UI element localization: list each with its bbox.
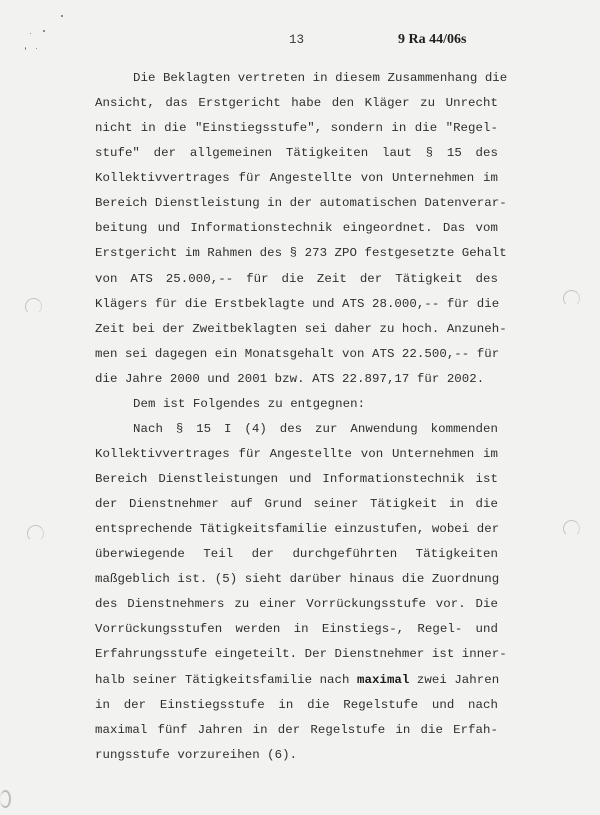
document-body: Die Beklagten vertreten in diesem Zusamm… xyxy=(95,66,498,768)
text-segment: halb seiner Tätigkeitsfamilie nach xyxy=(95,673,357,687)
scan-speck xyxy=(43,30,45,32)
text-line: entsprechende Tätigkeitsfamilie einzustu… xyxy=(95,517,498,542)
text-line: die Jahre 2000 und 2001 bzw. ATS 22.897,… xyxy=(95,367,498,392)
page-number: 13 xyxy=(289,33,304,47)
punch-hole-mark xyxy=(563,520,580,537)
text-line: maximal fünf Jahren in der Regelstufe in… xyxy=(95,718,498,743)
punch-hole-mark xyxy=(563,290,580,307)
scan-speck xyxy=(25,47,26,50)
text-line: Ansicht, das Erstgericht habe den Kläger… xyxy=(95,91,498,116)
text-line: von ATS 25.000,-- für die Zeit der Tätig… xyxy=(95,267,498,292)
scan-speck xyxy=(61,15,63,17)
text-line: Vorrückungsstufen werden in Einstiegs-, … xyxy=(95,617,498,642)
text-line: des Dienstnehmers zu einer Vorrückungsst… xyxy=(95,592,498,617)
text-line: Kollektivvertrages für Angestellte von U… xyxy=(95,166,498,191)
scan-speck xyxy=(30,33,31,34)
text-line: Die Beklagten vertreten in diesem Zusamm… xyxy=(95,66,498,91)
text-line: nicht in die "Einstiegsstufe", sondern i… xyxy=(95,116,498,141)
text-line: Zeit bei der Zweitbeklagten sei daher zu… xyxy=(95,317,498,342)
scan-speck xyxy=(36,48,37,49)
text-line: maßgeblich ist. (5) sieht darüber hinaus… xyxy=(95,567,498,592)
case-number: 9 Ra 44/06s xyxy=(398,32,466,48)
text-line: halb seiner Tätigkeitsfamilie nach maxim… xyxy=(95,668,498,693)
text-line: Dem ist Folgendes zu entgegnen: xyxy=(95,392,498,417)
text-segment: zwei Jahren xyxy=(409,673,499,687)
text-line: Klägers für die Erstbeklagte und ATS 28.… xyxy=(95,292,498,317)
text-line: Bereich Dienstleistungen und Information… xyxy=(95,467,498,492)
scanned-document-page: 13 9 Ra 44/06s Die Beklagten vertreten i… xyxy=(0,0,600,815)
staple-mark xyxy=(0,790,11,808)
punch-hole-mark xyxy=(25,298,42,315)
text-line: Kollektivvertrages für Angestellte von U… xyxy=(95,442,498,467)
text-line: überwiegende Teil der durchgeführten Tät… xyxy=(95,542,498,567)
text-line: men sei dagegen ein Monatsgehalt von ATS… xyxy=(95,342,498,367)
text-line: stufe" der allgemeinen Tätigkeiten laut … xyxy=(95,141,498,166)
punch-hole-mark xyxy=(27,525,44,542)
text-line: in der Einstiegsstufe in die Regelstufe … xyxy=(95,693,498,718)
text-line: Erstgericht im Rahmen des § 273 ZPO fest… xyxy=(95,241,498,266)
text-line: beitung und Informationstechnik eingeord… xyxy=(95,216,498,241)
emphasized-word: maximal xyxy=(357,673,409,687)
text-line: Nach § 15 I (4) des zur Anwendung kommen… xyxy=(95,417,498,442)
text-line: Erfahrungsstufe eingeteilt. Der Dienstne… xyxy=(95,642,498,667)
text-line: rungsstufe vorzureihen (6). xyxy=(95,743,498,768)
text-line: der Dienstnehmer auf Grund seiner Tätigk… xyxy=(95,492,498,517)
text-line: Bereich Dienstleistung in der automatisc… xyxy=(95,191,498,216)
